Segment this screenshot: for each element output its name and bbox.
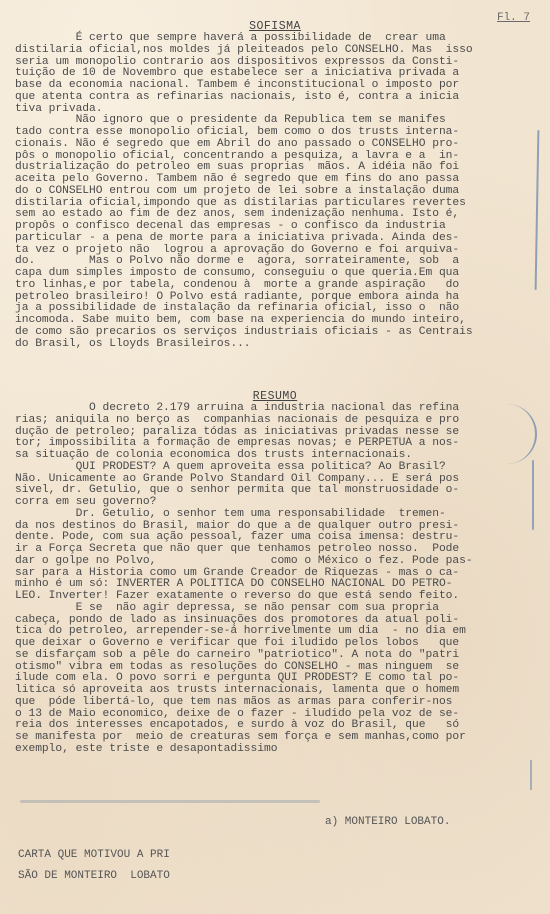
text-line: O decreto 2.179 arruina a industria naci… [15, 403, 535, 415]
text-line: particular - a pena de morte para a inic… [15, 233, 535, 245]
pen-underline-mark [20, 800, 320, 803]
signature: a) MONTEIRO LOBATO. [325, 816, 450, 828]
pen-margin-mark [530, 760, 532, 790]
section-body-sofisma: É certo que sempre haverá a possibilidad… [15, 33, 535, 350]
text-line: aceita pelo Governo. Tambem não é segred… [15, 174, 535, 186]
text-line: dar o golpe no Polvo, como o México o fe… [15, 556, 535, 568]
text-line: que póde libertá-lo, que tem nas mãos as… [15, 697, 535, 709]
text-line: tado contra esse monopolio oficial, bem … [15, 127, 535, 139]
text-line: base da economia nacional. Tambem é inco… [15, 80, 535, 92]
text-line: LEO. Inverter! Fazer exatamente o revers… [15, 591, 535, 603]
text-line: se manifesta por meio de creaturas sem f… [15, 732, 535, 744]
caption-line: CARTA QUE MOTIVOU A PRI [18, 849, 170, 861]
text-line: propôs o confisco decenal das empresas -… [15, 221, 535, 233]
text-line: QUI PRODEST? A quem aproveita essa polit… [15, 462, 535, 474]
text-line: rias; aniquila no berço as companhias na… [15, 415, 535, 427]
text-line: litica só aproveita aos trusts internaci… [15, 685, 535, 697]
text-line: do Brasil, os Lloyds Brasileiros... [15, 339, 535, 351]
text-line: de como são precarios os serviços indust… [15, 327, 535, 339]
text-line: exemplo, este triste e desapontadissimo [15, 744, 535, 756]
text-line: do o CONSELHO entrou com um projeto de l… [15, 186, 535, 198]
text-line: Dr. Getulio, o senhor tem uma responsabi… [15, 509, 535, 521]
text-line: sa situação de colonia economica dos tru… [15, 450, 535, 462]
document-page: Fl. 7 SOFISMA É certo que sempre haverá … [0, 0, 550, 914]
text-line: É certo que sempre haverá a possibilidad… [15, 33, 535, 45]
caption-line: SÃO DE MONTEIRO LOBATO [18, 870, 170, 882]
text-line: que deixar o Governo e verificar que foi… [15, 638, 535, 650]
text-line: cionais. Não é segredo que em Abril do a… [15, 139, 535, 151]
caption: CARTA QUE MOTIVOU A PRI SÃO DE MONTEIRO … [18, 845, 170, 887]
text-line: tro linhas,e por tabela, condenou à mort… [15, 280, 535, 292]
text-line: capa dum simples imposto de consumo, con… [15, 268, 535, 280]
text-line: corra em seu governo? [15, 497, 535, 509]
text-line: se disfarçam sob a pêle do carneiro "pat… [15, 650, 535, 662]
text-line: incomoda. Sabe muito bem, com base na ex… [15, 315, 535, 327]
text-line: E se não agir depressa, se não pensar co… [15, 603, 535, 615]
text-line: distilaria oficial,nos moldes já pleitea… [15, 45, 535, 57]
pen-margin-mark [535, 130, 540, 290]
section-body-resumo: O decreto 2.179 arruina a industria naci… [15, 403, 535, 756]
text-line: que atenta contra as refinarias nacionai… [15, 92, 535, 104]
text-line: ir a Força Secreta que não quer que tenh… [15, 544, 535, 556]
